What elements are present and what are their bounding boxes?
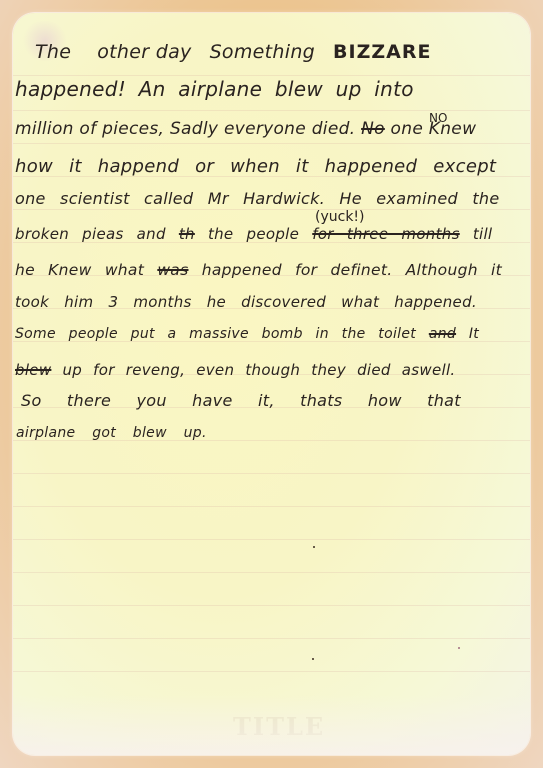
ruled-line — [13, 473, 530, 474]
text-line-10: blew up for reveng, even though they die… — [15, 361, 455, 379]
text-line-8: took him 3 months he discovered what hap… — [15, 293, 477, 311]
ruled-line — [13, 143, 530, 144]
ruled-line — [13, 209, 530, 210]
line-text: how it happend or when it happened excep… — [15, 156, 496, 177]
word: The — [35, 41, 71, 63]
line-text: one scientist called Mr Hardwick. He exa… — [15, 189, 500, 208]
ink-speck — [458, 647, 460, 649]
line-text: airplane got blew up. — [16, 425, 207, 441]
ruled-line — [13, 671, 530, 672]
word: Something — [210, 41, 315, 63]
text-line-9: Some people put a massive bomb in the to… — [15, 326, 479, 342]
line-text: he Knew what — [15, 261, 144, 279]
faint-show-through-text: TITLE — [233, 712, 325, 741]
crossed-out-phrase: for three months — [312, 225, 459, 243]
text-line-7: he Knew what was happened for definet. A… — [15, 261, 502, 279]
crossed-out-word: was — [157, 261, 188, 279]
text-line-6: broken pieas and th the people for three… — [15, 225, 492, 243]
text-line-4: how it happend or when it happened excep… — [15, 156, 496, 177]
crossed-out-word: and — [429, 326, 456, 342]
ruled-line — [13, 572, 530, 573]
line-text: the people — [208, 225, 299, 243]
ruled-line — [13, 506, 530, 507]
line-text: up for reveng, even though they died asw… — [62, 361, 455, 379]
crossed-out-word: th — [179, 225, 195, 243]
emphasized-word: BIZZARE — [333, 41, 431, 63]
ruled-line — [13, 75, 530, 76]
line-text: took him 3 months he discovered what hap… — [15, 293, 477, 311]
ruled-line — [13, 638, 530, 639]
line-text: happened for definet. Although it — [202, 261, 502, 279]
crossed-out-word: blew — [15, 361, 51, 379]
ruled-line — [13, 605, 530, 606]
line-text: Some people put a massive bomb in the to… — [15, 326, 416, 342]
line-text: broken pieas and — [15, 225, 166, 243]
line-text: happened! An airplane blew up into — [15, 77, 414, 101]
text-line-1: Theother daySomethingBIZZARE — [35, 41, 431, 63]
line-text: million of pieces, Sadly everyone died. — [15, 119, 355, 139]
ink-speck — [313, 546, 315, 548]
text-line-3: million of pieces, Sadly everyone died. … — [15, 119, 476, 139]
crossed-out-word: No — [361, 119, 385, 139]
line-text: So there you have it, thats how that — [21, 391, 461, 410]
text-line-2: happened! An airplane blew up into — [15, 77, 414, 101]
text-line-5: one scientist called Mr Hardwick. He exa… — [15, 189, 500, 208]
text-line-12: airplane got blew up. — [16, 425, 207, 441]
line-text: It — [469, 326, 479, 342]
paper-sheet: Theother daySomethingBIZZARE happened! A… — [13, 13, 530, 755]
ruled-line — [13, 539, 530, 540]
ink-speck — [312, 658, 314, 660]
ruled-line — [13, 110, 530, 111]
insertion-note: NO — [429, 111, 447, 125]
word: other day — [97, 41, 191, 63]
line-text: till — [473, 225, 493, 243]
text-line-11: So there you have it, thats how that — [21, 391, 461, 410]
insertion-note: (yuck!) — [315, 209, 365, 225]
